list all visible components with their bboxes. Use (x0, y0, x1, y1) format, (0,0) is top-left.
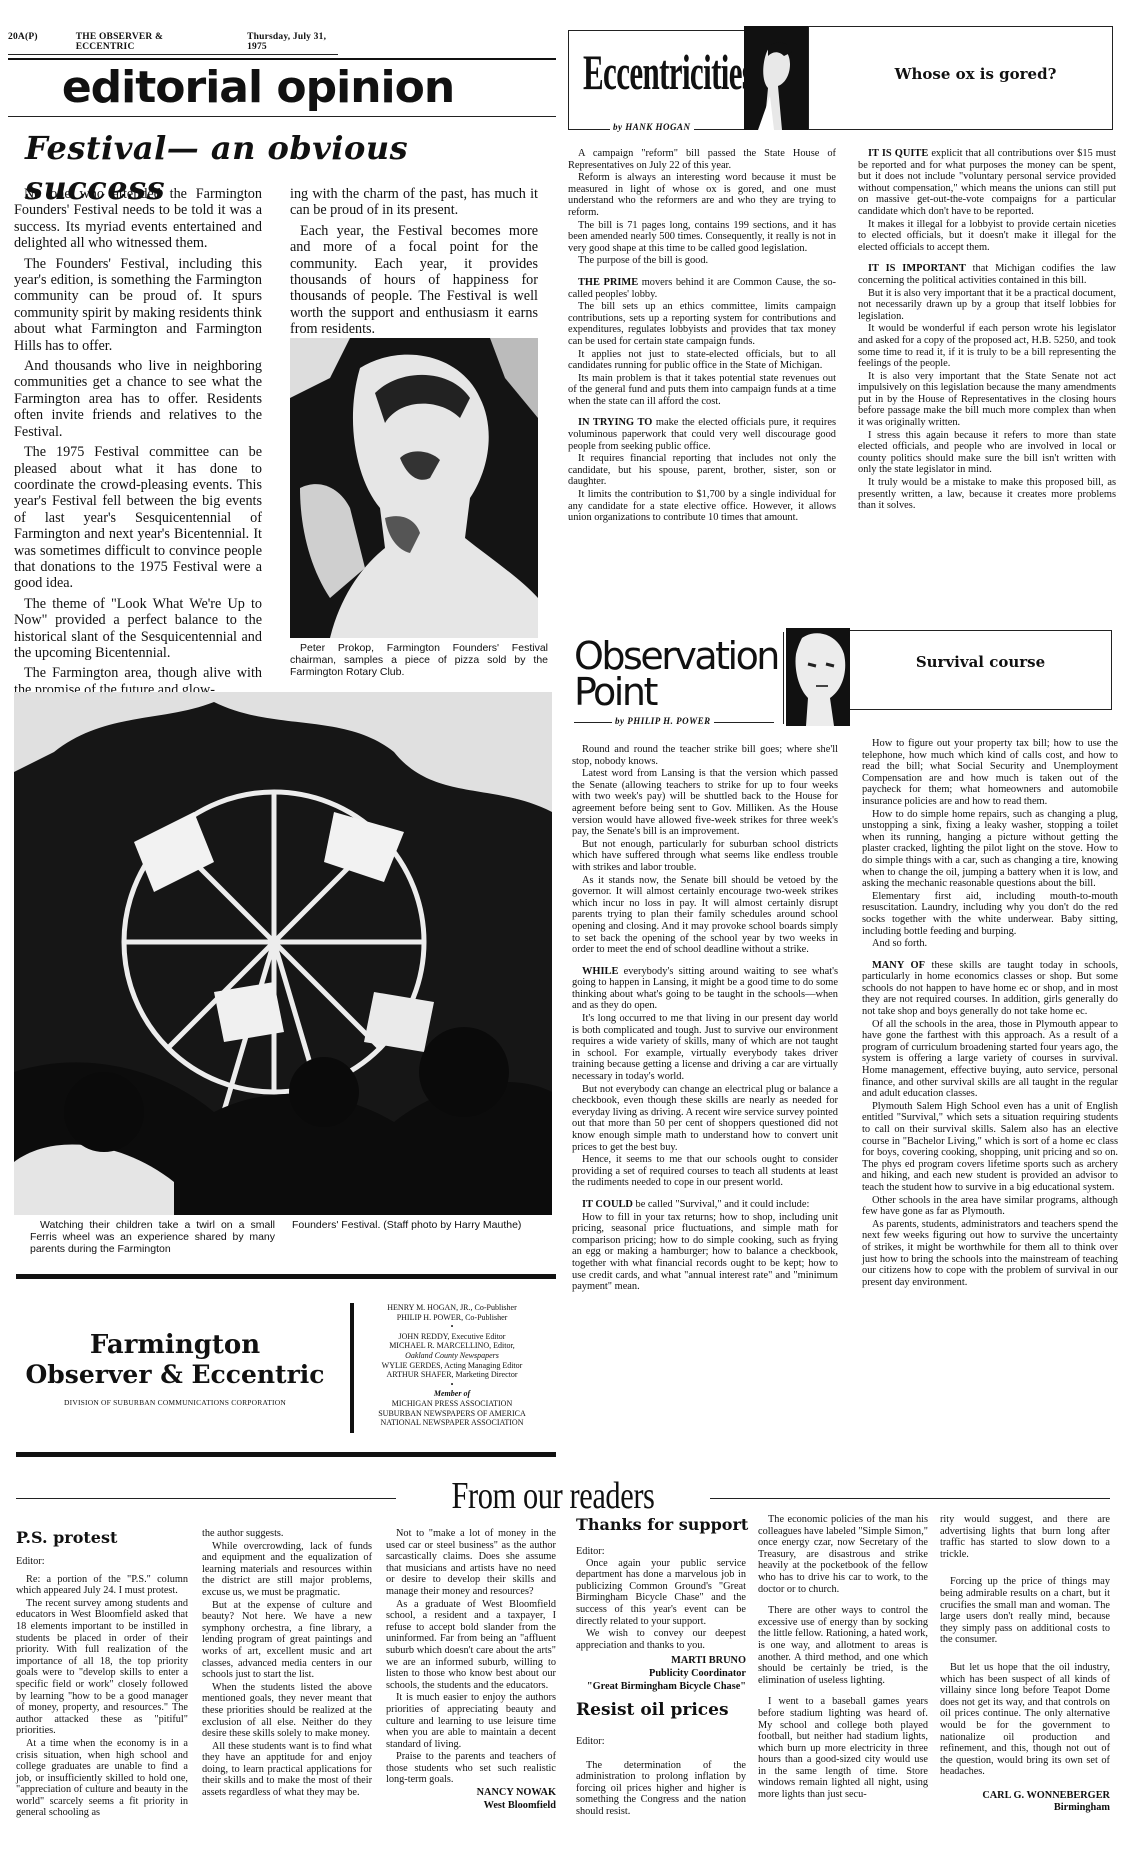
letter-headline: Thanks for support (576, 1515, 748, 1534)
paragraph: Praise to the parents and teachers of th… (386, 1751, 556, 1786)
paragraph: Forcing up the price of things may being… (940, 1576, 1110, 1646)
paragraph: Plymouth Salem High School even has a un… (862, 1101, 1118, 1194)
paragraph: The bill sets up an ethics committee, li… (568, 301, 836, 347)
staff-line: Oakland County Newspapers (362, 1351, 542, 1361)
photo-peter-prokop (290, 338, 538, 638)
signature-location: Birmingham (940, 1802, 1110, 1814)
paragraph: the author suggests. (202, 1528, 372, 1540)
section-title: editorial opinion (8, 60, 508, 116)
paragraph: Other schools in the area have similar p… (862, 1195, 1118, 1218)
salutation: Editor: (576, 1546, 746, 1558)
staff-line: WYLIE GERDES, Acting Managing Editor (362, 1361, 542, 1371)
paragraph: Round and round the teacher strike bill … (572, 744, 838, 767)
observation-column-1: Round and round the teacher strike bill … (572, 744, 838, 1294)
observation-logo-box: Observation Point (574, 632, 784, 724)
paragraph: Each year, the Festival becomes more and… (290, 223, 538, 338)
paragraph: Of all the schools in the area, those in… (862, 1019, 1118, 1100)
staff-line: SUBURBAN NEWSPAPERS OF AMERICA (362, 1409, 542, 1419)
staff-line: NATIONAL NEWSPAPER ASSOCIATION (362, 1418, 542, 1428)
observation-column-2: How to figure out your property tax bill… (862, 738, 1118, 1289)
folio-line: 20A(P) THE OBSERVER & ECCENTRIC Thursday… (8, 32, 338, 55)
paper-name: THE OBSERVER & ECCENTRIC (76, 32, 209, 52)
paragraph: The 1975 Festival committee can be pleas… (14, 444, 262, 592)
paragraph: I went to a baseball games years before … (758, 1696, 928, 1800)
photo-ferris-wheel (14, 692, 552, 1215)
salutation: Editor: (576, 1736, 746, 1748)
paragraph: How to figure out your property tax bill… (862, 738, 1118, 808)
masthead-name-line2: Observer & Eccentric (20, 1360, 330, 1390)
paragraph: IT IS IMPORTANT that Michigan codifies t… (858, 263, 1116, 286)
paragraph: It would be wonderful if each person wro… (858, 323, 1116, 369)
letter-oil-column-2: The economic policies of the man his col… (758, 1514, 928, 1802)
paragraph: As a graduate of West Bloomfield school,… (386, 1599, 556, 1692)
paragraph: It truly would be a mistake to make this… (858, 477, 1116, 512)
staff-line: MICHIGAN PRESS ASSOCIATION (362, 1399, 542, 1409)
salutation: Editor: (16, 1556, 188, 1568)
signature-location: West Bloomfield (386, 1800, 556, 1812)
bullet: • (362, 1380, 542, 1390)
paragraph: IT COULD be called "Survival," and it co… (572, 1199, 838, 1211)
eccentricities-logo: Eccentricities (583, 43, 753, 101)
paragraph: I stress this again because it refers to… (858, 430, 1116, 476)
letter-oil-column-1: Editor: The determination of the adminis… (576, 1736, 746, 1819)
rule (16, 1274, 556, 1279)
letter-ps-column-2: the author suggests. While overcrowding,… (202, 1528, 372, 1800)
paragraph: As parents, students, administrators and… (862, 1219, 1118, 1289)
masthead-division: DIVISION OF SUBURBAN COMMUNICATIONS CORP… (20, 1398, 330, 1407)
paragraph: But it is also very important that it be… (858, 288, 1116, 323)
paragraph: It is much easier to enjoy the authors p… (386, 1692, 556, 1750)
signature: MARTI BRUNO (576, 1655, 746, 1667)
paragraph: And thousands who live in neighboring co… (14, 358, 262, 440)
editorial-column-2: ing with the charm of the past, has much… (290, 186, 538, 342)
paragraph: How to do simple home repairs, such as c… (862, 809, 1118, 890)
signature: CARL G. WONNEBERGER (940, 1790, 1110, 1802)
eccentricities-logo-box: Eccentricities (568, 30, 760, 130)
paragraph: It limits the contribution to $1,700 by … (568, 489, 836, 524)
letter-headline: P.S. protest (16, 1528, 117, 1547)
paragraph: Hence, it seems to me that our schools o… (572, 1154, 838, 1189)
paragraph: The recent survey among students and edu… (16, 1598, 188, 1737)
readers-title-wrap: From our readers (396, 1474, 710, 1518)
issue-date: Thursday, July 31, 1975 (247, 32, 338, 52)
paragraph: It applies not just to state-elected off… (568, 349, 836, 372)
letter-thanks: Editor: Once again your public service d… (576, 1546, 746, 1693)
paragraph: Elementary first aid, including mouth-to… (862, 891, 1118, 937)
paragraph: While overcrowding, lack of funds and eq… (202, 1541, 372, 1599)
staff-line: Member of (362, 1389, 542, 1399)
observation-logo-line1: Observation (574, 638, 783, 674)
signature-org: "Great Birmingham Bicycle Chase" (576, 1681, 746, 1693)
letter-ps-column-1: Editor: Re: a portion of the "P.S." colu… (16, 1556, 188, 1820)
paragraph: A campaign "reform" bill passed the Stat… (568, 148, 836, 171)
observation-logo-line2: Point (574, 674, 783, 710)
readers-section-title: From our readers (427, 1474, 678, 1518)
photo-caption-left: Watching their children take a twirl on … (30, 1219, 275, 1255)
column-headline: Whose ox is gored? (839, 65, 1112, 83)
paragraph: All these students want is to find what … (202, 1741, 372, 1799)
staff-line: HENRY M. HOGAN, JR., Co-Publisher (362, 1303, 542, 1313)
paragraph: WHILE everybody's sitting around waiting… (572, 966, 838, 1012)
staff-box: HENRY M. HOGAN, JR., Co-Publisher PHILIP… (362, 1303, 542, 1428)
paragraph: It makes it illegal for a lobbyist to pr… (858, 219, 1116, 254)
paragraph: IN TRYING TO make the elected officials … (568, 417, 836, 452)
staff-line: PHILIP H. POWER, Co-Publisher (362, 1313, 542, 1323)
column-headline: Survival course (850, 653, 1111, 671)
paragraph: The bill is 71 pages long, contains 199 … (568, 220, 836, 255)
staff-line: ARTHUR SHAFER, Marketing Director (362, 1370, 542, 1380)
photo-caption: Peter Prokop, Farmington Founders' Festi… (290, 642, 548, 678)
paragraph: But let us hope that the oil industry, w… (940, 1662, 1110, 1778)
page-number: 20A(P) (8, 32, 38, 52)
paragraph: The theme of "Look What We're Up to Now"… (14, 596, 262, 662)
headline-box: Whose ox is gored? (808, 26, 1113, 130)
paragraph: Latest word from Lansing is that the ver… (572, 768, 838, 838)
rule (16, 1452, 556, 1457)
byline: by HANK HOGAN (610, 122, 694, 132)
paragraph: Not to "make a lot of money in the used … (386, 1528, 556, 1598)
letter-headline: Resist oil prices (576, 1700, 729, 1720)
paragraph: Re: a portion of the "P.S." column which… (16, 1574, 188, 1597)
paragraph: THE PRIME movers behind it are Common Ca… (568, 277, 836, 300)
signature: NANCY NOWAK (386, 1787, 556, 1799)
paragraph: We wish to convey our deepest appreciati… (576, 1628, 746, 1651)
paragraph: Reform is always an interesting word bec… (568, 172, 836, 218)
rule (350, 1303, 354, 1433)
paragraph: ing with the charm of the past, has much… (290, 186, 538, 219)
paragraph: The Founders' Festival, including this y… (14, 256, 262, 354)
portrait-image (744, 26, 808, 130)
masthead-name-line1: Farmington (20, 1330, 330, 1360)
paragraph: But at the expense of culture and beauty… (202, 1600, 372, 1681)
rule (8, 116, 556, 117)
masthead: Farmington Observer & Eccentric DIVISION… (20, 1330, 330, 1407)
paragraph: Once again your public service departmen… (576, 1558, 746, 1628)
bullet: • (362, 1322, 542, 1332)
paragraph: As it stands now, the Senate bill should… (572, 875, 838, 956)
paragraph: IT IS QUITE explicit that all contributi… (858, 148, 1116, 218)
paragraph: It's long occurred to me that living in … (572, 1013, 838, 1083)
paragraph: It requires financial reporting that inc… (568, 453, 836, 488)
photo-caption-right: Founders' Festival. (Staff photo by Harr… (292, 1219, 537, 1231)
letter-oil-column-3: rity would suggest, and there are advert… (940, 1514, 1110, 1815)
eccentricities-column-1: A campaign "reform" bill passed the Stat… (568, 148, 836, 525)
paragraph: At a time when the economy is in a crisi… (16, 1738, 188, 1819)
author-portrait-power (786, 628, 850, 726)
paragraph: It is also very important that the State… (858, 371, 1116, 429)
headline-box: Survival course (850, 630, 1112, 710)
byline: by PHILIP H. POWER (612, 716, 714, 726)
eccentricities-column-2: IT IS QUITE explicit that all contributi… (858, 148, 1116, 513)
paragraph: But not enough, particularly for suburba… (572, 839, 838, 874)
paragraph: But not everybody can change an electric… (572, 1084, 838, 1154)
portrait-image (786, 628, 850, 726)
photo-image (14, 692, 552, 1215)
paragraph: The economic policies of the man his col… (758, 1514, 928, 1595)
staff-line: MICHAEL R. MARCELLINO, Editor, (362, 1341, 542, 1351)
paragraph: How to fill in your tax returns; how to … (572, 1212, 838, 1293)
paragraph: The determination of the administration … (576, 1760, 746, 1818)
paragraph: No one who attended the Farmington Found… (14, 186, 262, 252)
paragraph: The purpose of the bill is good. (568, 255, 836, 267)
letter-ps-column-3: Not to "make a lot of money in the used … (386, 1528, 556, 1812)
signature-title: Publicity Coordinator (576, 1668, 746, 1680)
staff-line: JOHN REDDY, Executive Editor (362, 1332, 542, 1342)
paragraph: And so forth. (862, 938, 1118, 950)
paragraph: There are other ways to control the exce… (758, 1605, 928, 1686)
author-portrait-hogan (744, 26, 808, 130)
editorial-column-1: No one who attended the Farmington Found… (14, 186, 262, 702)
paragraph: MANY OF these skills are taught today in… (862, 960, 1118, 1018)
paragraph: Its main problem is that it takes potent… (568, 373, 836, 408)
paragraph: When the students listed the above menti… (202, 1682, 372, 1740)
paragraph: rity would suggest, and there are advert… (940, 1514, 1110, 1560)
photo-image (290, 338, 538, 638)
